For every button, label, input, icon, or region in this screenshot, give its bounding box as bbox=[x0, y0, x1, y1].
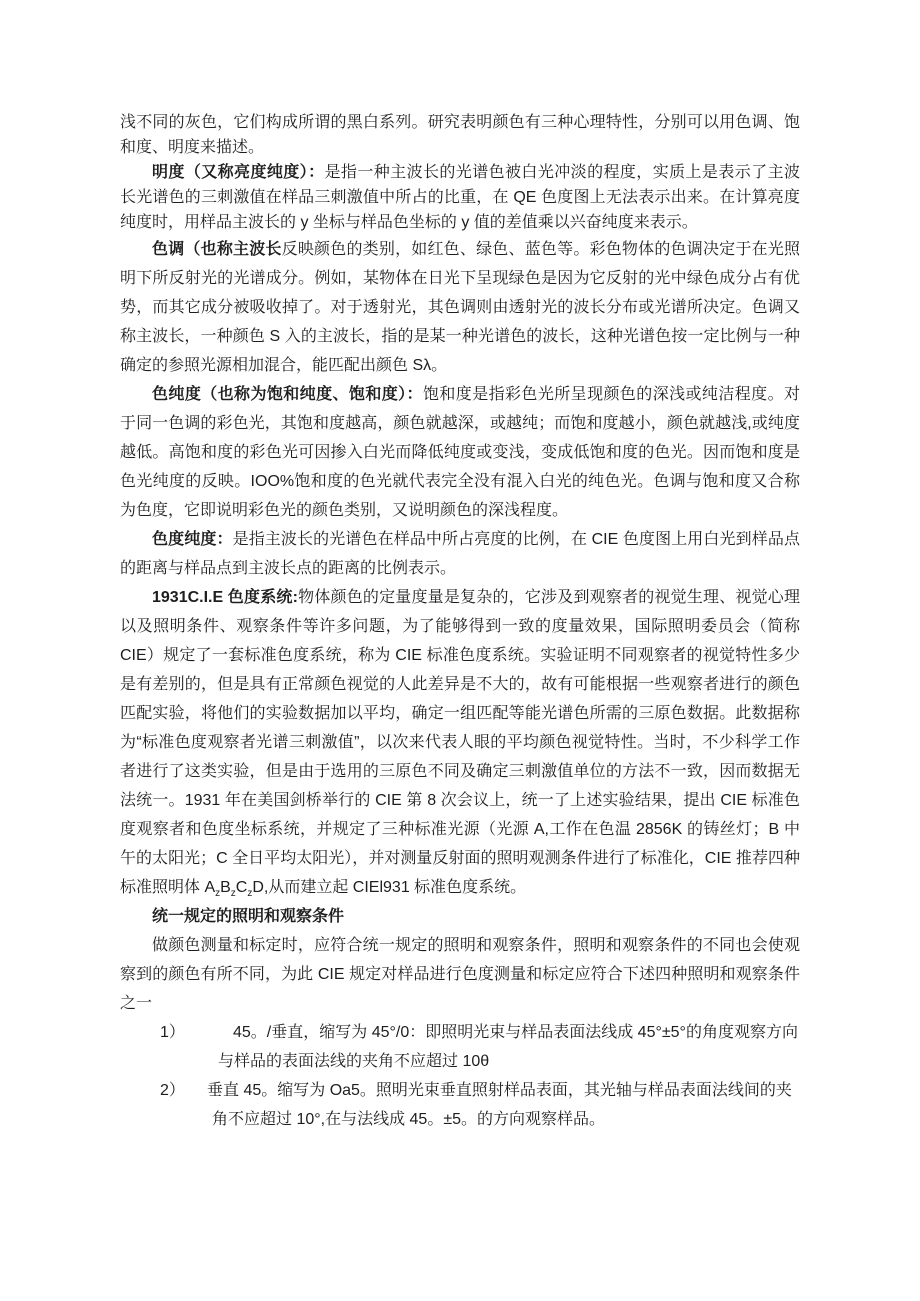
illuminant-b: B bbox=[220, 879, 231, 896]
paragraph-text-tail: D,从而建立起 CIEl931 标准色度系统。 bbox=[252, 879, 526, 896]
list-marker: 2） bbox=[160, 1076, 185, 1105]
section-heading-illumination-conditions: 统一规定的照明和观察条件 bbox=[120, 902, 800, 931]
paragraph-lightness: 明度（又称亮度纯度）：是指一种主波长的光谱色被白光冲淡的程度，实质上是表示了主波… bbox=[120, 160, 800, 235]
heading-text: 统一规定的照明和观察条件 bbox=[152, 908, 344, 925]
term-hue: 色调（也称主波长 bbox=[152, 241, 282, 258]
term-chromatic-purity: 色度纯度： bbox=[152, 531, 233, 548]
list-item-text: 45。/垂直，缩写为 45°/0：即照明光束与样品表面法线成 45°±5°的角度… bbox=[218, 1024, 798, 1070]
illuminant-a: A bbox=[204, 879, 215, 896]
paragraph-hue: 色调（也称主波长反映颜色的类别，如红色、绿色、蓝色等。彩色物体的色调决定于在光照… bbox=[120, 235, 800, 380]
paragraph-cie-1931-system: 1931C.I.E 色度系统:物体颜色的定量度量是复杂的，它涉及到观察者的视觉生… bbox=[120, 583, 800, 902]
paragraph-text: 物体颜色的定量度量是复杂的，它涉及到观察者的视觉生理、视觉心理以及照明条件、观察… bbox=[120, 589, 800, 896]
list-item-text: 垂直 45。缩写为 Oa5。照明光束垂直照射样品表面，其光轴与样品表面法线间的夹… bbox=[207, 1082, 792, 1128]
list-item-condition-2: 2） 垂直 45。缩写为 Oa5。照明光束垂直照射样品表面，其光轴与样品表面法线… bbox=[120, 1076, 800, 1134]
illuminant-c: C bbox=[236, 879, 248, 896]
paragraph-text: 反映颜色的类别，如红色、绿色、蓝色等。彩色物体的色调决定于在光照明下所反射光的光… bbox=[120, 241, 800, 374]
list-marker: 1） bbox=[160, 1018, 185, 1047]
term-saturation: 色纯度（也称为饱和纯度、饱和度）： bbox=[152, 386, 423, 403]
paragraph-text: 饱和度是指彩色光所呈现颜色的深浅或纯洁程度。对于同一色调的彩色光，其饱和度越高，… bbox=[120, 386, 800, 519]
term-cie-system: 1931C.I.E 色度系统: bbox=[152, 589, 298, 606]
paragraph-text: 做颜色测量和标定时，应符合统一规定的照明和观察条件，照明和观察条件的不同也会使观… bbox=[120, 937, 800, 1012]
document-page: 浅不同的灰色，它们构成所谓的黑白系列。研究表明颜色有三种心理特性，分别可以用色调… bbox=[0, 0, 920, 1134]
paragraph-grayscale-intro: 浅不同的灰色，它们构成所谓的黑白系列。研究表明颜色有三种心理特性，分别可以用色调… bbox=[120, 110, 800, 160]
list-item-condition-1: 1） 45。/垂直，缩写为 45°/0：即照明光束与样品表面法线成 45°±5°… bbox=[120, 1018, 800, 1076]
term-lightness: 明度（又称亮度纯度）： bbox=[152, 164, 325, 181]
paragraph-saturation: 色纯度（也称为饱和纯度、饱和度）：饱和度是指彩色光所呈现颜色的深浅或纯洁程度。对… bbox=[120, 380, 800, 525]
paragraph-chromatic-purity: 色度纯度：是指主波长的光谱色在样品中所占亮度的比例，在 CIE 色度图上用白光到… bbox=[120, 525, 800, 583]
paragraph-measurement-conditions: 做颜色测量和标定时，应符合统一规定的照明和观察条件，照明和观察条件的不同也会使观… bbox=[120, 931, 800, 1018]
paragraph-text: 浅不同的灰色，它们构成所谓的黑白系列。研究表明颜色有三种心理特性，分别可以用色调… bbox=[120, 114, 800, 156]
